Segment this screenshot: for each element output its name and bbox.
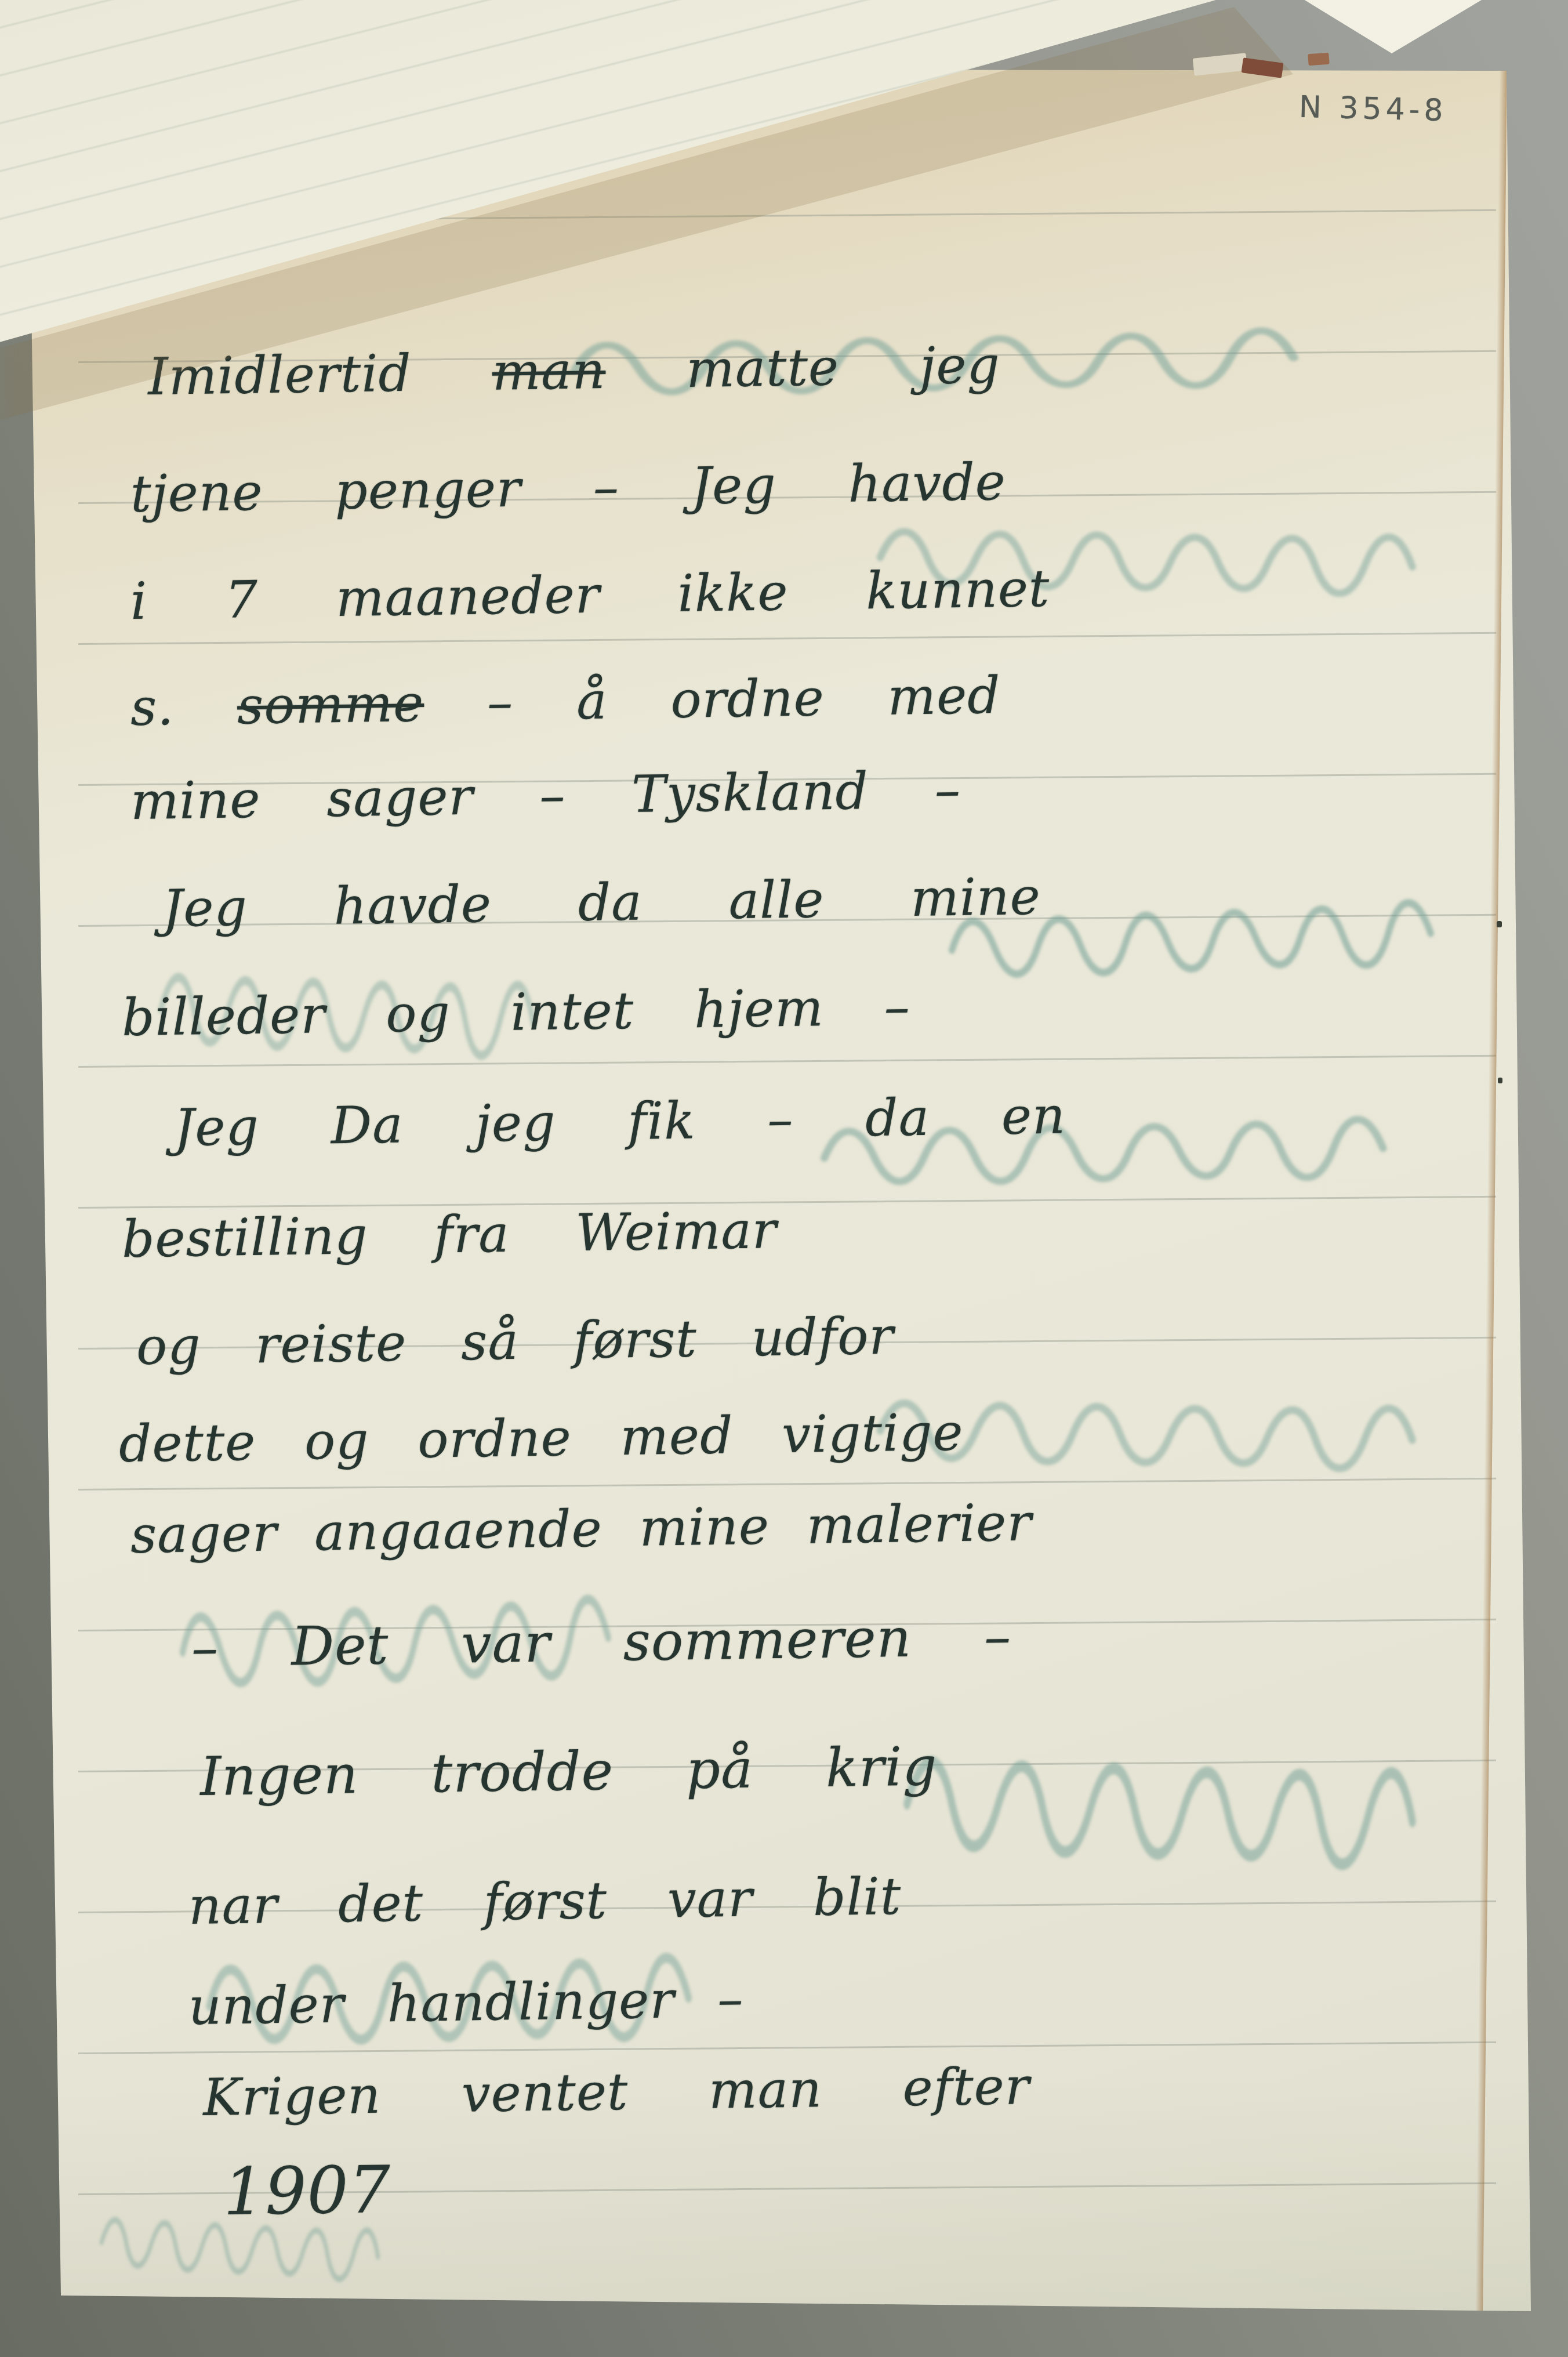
handwritten-text: matte jeg	[605, 335, 1001, 400]
handwritten-text: nar det først var blit	[188, 1866, 902, 1936]
handwritten-text: under handlinger –	[188, 1969, 744, 2036]
handwritten-line: 1907	[223, 2152, 391, 2230]
handwritten-line: billeder og intet hjem –	[121, 977, 910, 1047]
handwritten-text: sager angaaende mine malerier	[130, 1492, 1032, 1565]
handwritten-text: bestilling fra Weimar	[121, 1200, 777, 1269]
handwritten-text: dette og ordne med vigtige	[118, 1402, 964, 1474]
handwritten-line: under handlinger –	[188, 1969, 744, 2036]
handwritten-text: s.	[130, 676, 238, 737]
handwritten-text: Ingen trodde på krig	[199, 1735, 938, 1808]
struck-through-word: man	[492, 340, 606, 402]
handwritten-text: – Det var sommeren –	[191, 1605, 1012, 1679]
handwritten-line: Jeg Da jeg fik – da en	[173, 1086, 1066, 1158]
handwritten-line: nar det først var blit	[188, 1866, 902, 1936]
handwritten-line: tjene penger – Jeg havde	[130, 452, 1006, 524]
handwritten-text: og reiste så først udfor	[136, 1306, 894, 1376]
handwritten-line: Ingen trodde på krig	[199, 1735, 938, 1808]
handwritten-line: bestilling fra Weimar	[121, 1200, 777, 1269]
bleed-through-mark	[868, 1719, 1423, 1889]
tape-residue-speck	[1308, 53, 1329, 66]
handwritten-line: Jeg havde da alle mine	[162, 866, 1041, 938]
handwritten-text: Jeg havde da alle mine	[162, 866, 1041, 938]
handwritten-text: tjene penger – Jeg havde	[130, 452, 1006, 524]
handwritten-line: Krigen ventet man efter	[202, 2056, 1030, 2127]
handwritten-line: sager angaaende mine malerier	[130, 1492, 1032, 1565]
handwritten-text: Jeg Da jeg fik – da en	[173, 1086, 1066, 1158]
handwritten-text: Krigen ventet man efter	[202, 2056, 1030, 2127]
page-edge-dot	[1497, 921, 1502, 927]
handwritten-line: s. somme – å ordne med	[130, 665, 1001, 737]
handwritten-text: – å ordne med	[423, 665, 1001, 733]
handwritten-line: mine sager – Tyskland –	[130, 760, 961, 831]
struck-through-word: somme	[237, 673, 424, 735]
handwritten-text: mine sager – Tyskland –	[130, 760, 961, 831]
handwritten-line: – Det var sommeren –	[191, 1605, 1012, 1679]
handwritten-line: dette og ordne med vigtige	[118, 1402, 964, 1474]
handwritten-text: 1907	[223, 2152, 391, 2230]
handwritten-text: billeder og intet hjem –	[121, 977, 910, 1047]
handwritten-line: og reiste så først udfor	[136, 1306, 894, 1376]
archival-number: N 354-8	[1298, 90, 1447, 129]
photo-background: Imidlertid man matte jegtjene penger – J…	[0, 0, 1568, 2357]
page-edge-dot	[1498, 1078, 1502, 1083]
